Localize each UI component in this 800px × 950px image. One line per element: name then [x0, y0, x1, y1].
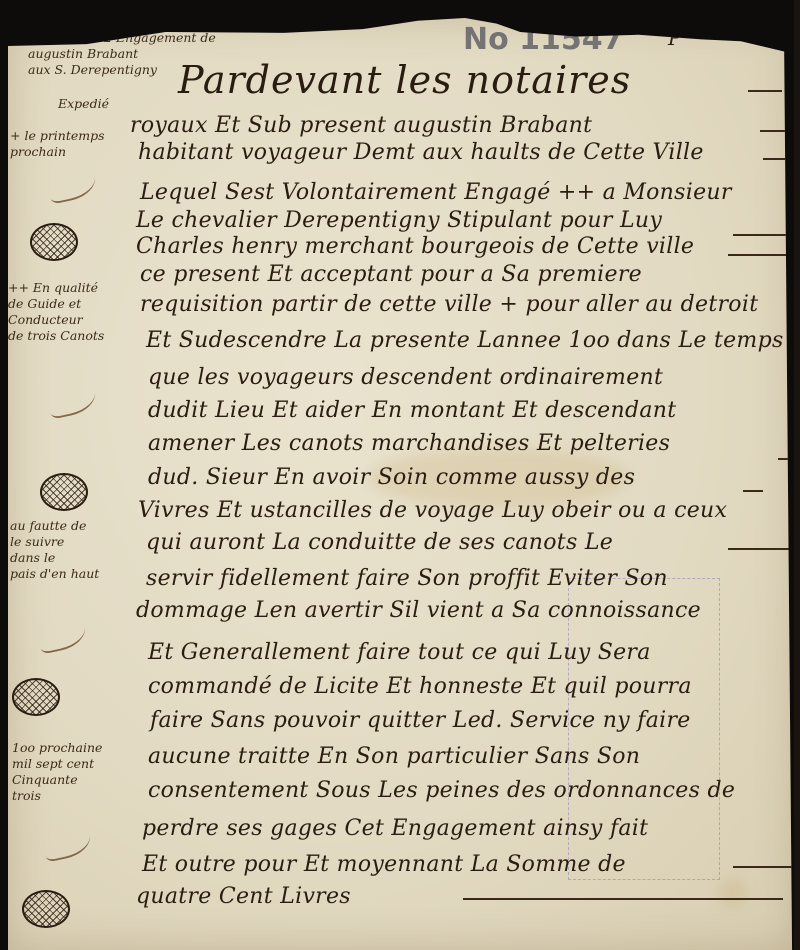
margin-note-line: + le printemps: [10, 128, 105, 144]
margin-note-fautte: au fautte de le suivre dans le pais d'en…: [10, 518, 99, 582]
margin-note-printemps: + le printemps prochain: [10, 128, 105, 160]
signature-cross-mark: [40, 473, 88, 511]
body-line: Et Generallement faire tout ce qui Luy S…: [148, 640, 651, 665]
body-line: Et outre pour Et moyennant La Somme de: [142, 852, 626, 877]
body-line: dudit Lieu Et aider En montant Et descen…: [148, 398, 676, 423]
archive-number: No 11547: [463, 22, 624, 57]
margin-note-line: Conducteur: [8, 312, 104, 328]
signature-cross-mark: [12, 678, 60, 716]
body-line: quatre Cent Livres: [136, 884, 351, 909]
body-line: perdre ses gages Cet Engagement ainsy fa…: [142, 816, 648, 841]
line-filler: [733, 234, 789, 236]
signature-cross-mark: [30, 223, 78, 261]
body-line: Et Sudescendre La presente Lannee 1oo da…: [146, 328, 784, 353]
margin-note-line: dans le: [10, 550, 99, 566]
margin-note-line: de trois Canots: [8, 328, 104, 344]
body-line: faire Sans pouvoir quitter Led. Service …: [150, 708, 691, 733]
line-filler: [733, 866, 793, 868]
margin-note-expedie: Expedié: [58, 96, 109, 112]
folio-mark: P: [668, 26, 681, 50]
body-line: qui auront La conduitte de ses canots Le: [146, 530, 613, 555]
line-filler: [728, 548, 790, 550]
body-line: commandé de Licite Et honneste Et quil p…: [148, 674, 692, 699]
body-line: Lequel Sest Volontairement Engagé ++ a M…: [140, 180, 732, 205]
body-line: ce present Et acceptant pour a Sa premie…: [140, 262, 642, 287]
manuscript-page: No 11547 P 27 xbre 1742 Engagement de au…: [8, 18, 796, 950]
body-line: Le chevalier Derepentigny Stipulant pour…: [136, 208, 662, 233]
line-filler: [728, 254, 788, 256]
margin-note-qualite: ++ En qualité de Guide et Conducteur de …: [8, 280, 104, 344]
line-filler: [743, 490, 763, 492]
line-filler: [748, 90, 782, 92]
paraph-mark: [35, 613, 89, 654]
body-line: que les voyageurs descendent ordinaireme…: [148, 365, 663, 390]
body-line: aucune traitte En Son particulier Sans S…: [148, 744, 640, 769]
margin-note-line: trois: [12, 788, 102, 804]
paraph-mark: [40, 821, 94, 862]
margin-note-line: Cinquante: [12, 772, 102, 788]
body-line: requisition partir de cette ville + pour…: [140, 292, 758, 317]
margin-note-line: 1oo prochaine: [12, 740, 102, 756]
body-line: habitant voyageur Demt aux haults de Cet…: [138, 140, 704, 165]
paraph-mark: [45, 163, 99, 204]
margin-note-line: pais d'en haut: [10, 566, 99, 582]
line-filler: [778, 458, 792, 460]
margin-note-somme: 1oo prochaine mil sept cent Cinquante tr…: [12, 740, 102, 804]
margin-note-line: ++ En qualité: [8, 280, 104, 296]
body-line: Charles henry merchant bourgeois de Cett…: [136, 234, 694, 259]
body-line: dud. Sieur En avoir Soin comme aussy des: [148, 465, 635, 490]
body-line: servir fidellement faire Son proffit Evi…: [146, 566, 668, 591]
body-line: Vivres Et ustancilles de voyage Luy obei…: [138, 498, 727, 523]
margin-note-line: au fautte de: [10, 518, 99, 534]
line-filler: [763, 158, 791, 160]
body-line: amener Les canots marchandises Et pelter…: [148, 431, 670, 456]
document-title: Pardevant les notaires: [178, 58, 631, 102]
closing-rule: [463, 898, 783, 900]
margin-note-line: le suivre: [10, 534, 99, 550]
body-line: dommage Len avertir Sil vient a Sa conno…: [136, 598, 701, 623]
margin-note-line: de Guide et: [8, 296, 104, 312]
body-line: consentement Sous Les peines des ordonna…: [148, 778, 735, 803]
paraph-mark: [45, 378, 99, 419]
line-filler: [760, 130, 790, 132]
margin-note-line: Expedié: [58, 96, 109, 112]
body-line: royaux Et Sub present augustin Brabant: [130, 113, 592, 138]
foxing-spot: [718, 878, 748, 908]
margin-note-line: prochain: [10, 144, 105, 160]
scan-edge: [794, 0, 800, 950]
signature-cross-mark: [22, 890, 70, 928]
margin-header-date: 27 xbre 1742 Engagement de: [28, 30, 216, 46]
margin-note-line: mil sept cent: [12, 756, 102, 772]
